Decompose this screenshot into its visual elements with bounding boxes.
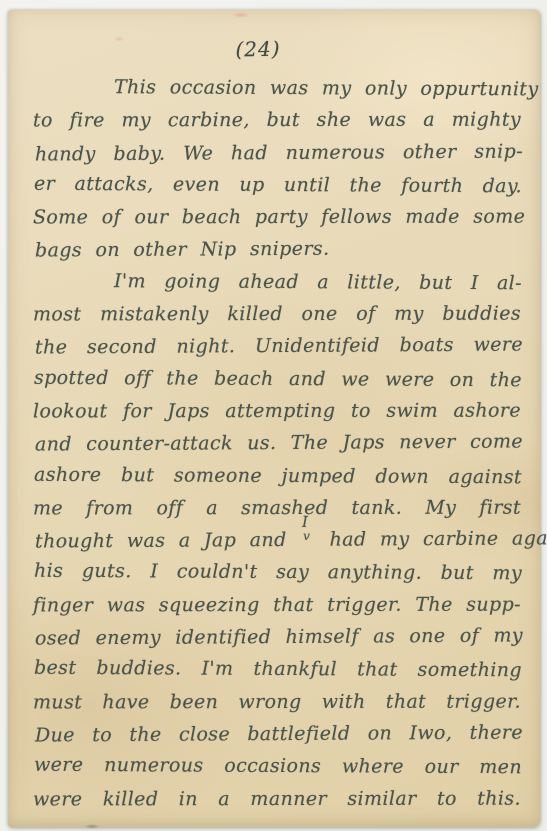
letter-line: most mistakenly killed one of my buddies (33, 298, 521, 331)
letter-paper: (24) This occasion was my only oppurtuni… (8, 10, 540, 827)
scan-speck (232, 12, 250, 18)
insertion-above-line: I v (300, 524, 316, 556)
letter-line: bags on other Nip snipers. (35, 232, 523, 267)
letter-line: were killed in a manner similar to this. (33, 782, 521, 815)
line-text-post: had my carbine against (329, 527, 547, 551)
letter-line: the second night. Unidentifeid boats wer… (35, 329, 523, 364)
inserted-word: I (302, 515, 308, 529)
letter-line: handy baby. We had numerous other snip- (35, 135, 523, 170)
letter-line: Due to the close battlefield on Iwo, the… (35, 716, 523, 751)
letter-line: ashore but someone jumped down against (34, 458, 522, 493)
letter-body: This occasion was my only oppurtunity to… (8, 72, 540, 815)
letter-line: er attacks, even up until the fourth day… (34, 168, 522, 203)
letter-line: and counter-attack us. The Japs never co… (35, 426, 523, 461)
letter-line: spotted off the beach and we were on the (34, 361, 522, 396)
letter-line: best buddies. I'm thankful that somethin… (34, 652, 522, 687)
line-text-pre: thought was a Jap and (35, 529, 287, 553)
letter-line: This occasion was my only oppurtunity (34, 71, 522, 106)
letter-line: must have been wrong with that trigger. (33, 685, 521, 718)
letter-line: Some of our beach party fellows made som… (33, 201, 521, 234)
letter-line: osed enemy identified himself as one of … (35, 620, 523, 655)
letter-line: were numerous occasions where our men (34, 749, 522, 784)
letter-line: to fire my carbine, but she was a mighty (33, 104, 521, 137)
letter-line: lookout for Japs attempting to swim asho… (33, 395, 521, 428)
letter-line: me from off a smashed tank. My first (33, 491, 521, 524)
caret-icon: v (303, 531, 310, 541)
page-number: (24) (0, 29, 524, 68)
letter-line-with-insertion: thought was a Jap and I v had my carbine… (35, 523, 523, 558)
letter-line: I'm going ahead a little, but I al- (34, 265, 522, 300)
letter-line: his guts. I couldn't say anything. but m… (34, 555, 522, 590)
letter-line: finger was squeezing that trigger. The s… (33, 588, 521, 621)
